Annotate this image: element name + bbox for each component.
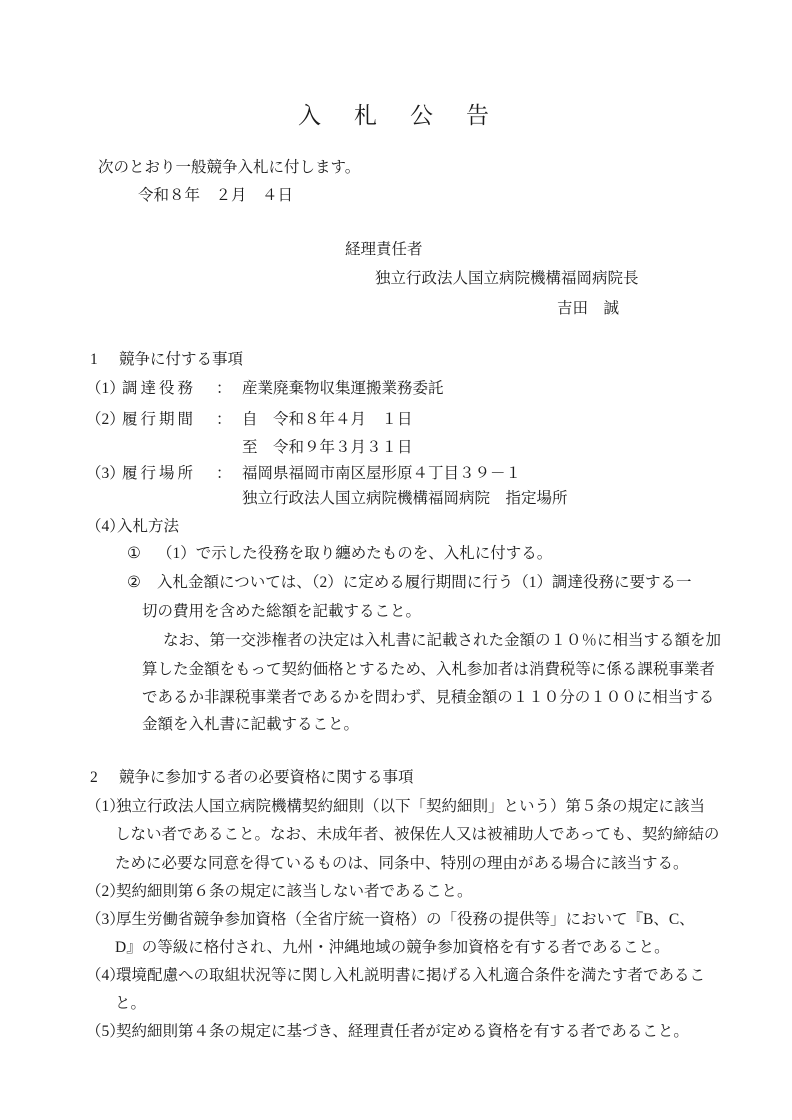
document-page: 入 札 公 告 次のとおり一般競争入札に付します。 令和８年 ２月 ４日 経理責…	[0, 0, 792, 1120]
item-label: 入札方法	[117, 517, 179, 536]
procurement-service-value: 産業廃棄物収集運搬業務委託	[242, 379, 444, 398]
item-number: （1）	[86, 379, 125, 398]
bullet2-line1: 入札金額については、（2）に定める履行期間に行う（1）調達役務に要する一	[157, 573, 691, 592]
item3-line1: 厚生労働省競争参加資格（全省庁統一資格）の「役務の提供等」において『B、C、	[116, 910, 695, 929]
item1-line3: ために必要な同意を得ているものは、同条中、特別の理由がある場合に該当する。	[115, 854, 689, 873]
bullet2-line6: 金額を入札書に記載すること。	[142, 715, 359, 734]
section1-heading-text: 競争に付する事項	[119, 350, 243, 369]
document-title: 入 札 公 告	[0, 102, 792, 131]
item-label: 調達役務	[122, 379, 196, 398]
section2-number: 2	[90, 768, 98, 787]
item-label: 履行期間	[122, 410, 196, 429]
item-number: （3）	[86, 464, 125, 483]
item-number: （2）	[86, 410, 125, 429]
section1-number: 1	[90, 350, 98, 369]
bullet1-text: （1）で示した役務を取り纏めたものを、入札に付する。	[157, 544, 552, 563]
circled-2-marker: ②	[127, 573, 141, 592]
bullet2-line5: であるか非課税事業者であるかを問わず、見積金額の１１０分の１００に相当する	[142, 688, 714, 707]
issue-date: 令和８年 ２月 ４日	[138, 186, 293, 205]
bullet2-line4: 算した金額をもって契約価格とするため、入札参加者は消費税等に係る課税事業者	[142, 660, 715, 679]
item1-line2: しない者であること。なお、未成年者、被保佐人又は被補助人であっても、契約締結の	[115, 825, 719, 844]
intro-line: 次のとおり一般競争入札に付します。	[98, 158, 360, 177]
item-colon: ：	[216, 464, 232, 483]
item3-line2: D』の等級に格付され、九州・沖縄地域の競争参加資格を有する者であること。	[115, 938, 670, 957]
item1-line1: 独立行政法人国立病院機構契約細則（以下「契約細則」という）第５条の規定に該当	[116, 797, 705, 816]
item-colon: ：	[216, 379, 232, 398]
item2-line1: 契約細則第６条の規定に該当しない者であること。	[116, 882, 473, 901]
item-label: 履行場所	[122, 464, 196, 483]
officer-role: 経理責任者	[345, 240, 423, 259]
circled-1-marker: ①	[127, 544, 141, 563]
period-to: 至 令和９年３月３１日	[242, 438, 413, 457]
item5-line1: 契約細則第４条の規定に基づき、経理責任者が定める資格を有する者であること。	[116, 1022, 689, 1041]
place-address-line1: 福岡県福岡市南区屋形原４丁目３９－１	[242, 464, 521, 483]
item4-line2: と。	[115, 994, 146, 1013]
item4-line1: 環境配慮への取組状況等に関し入札説明書に掲げる入札適合条件を満たす者であるこ	[116, 966, 705, 985]
place-address-line2: 独立行政法人国立病院機構福岡病院 指定場所	[242, 489, 568, 508]
section2-heading-text: 競争に参加する者の必要資格に関する事項	[119, 768, 414, 787]
bullet2-line2: 切の費用を含めた総額を記載すること。	[142, 602, 421, 621]
officer-org: 独立行政法人国立病院機構福岡病院長	[375, 269, 639, 288]
period-from: 自 令和８年４月 １日	[242, 410, 413, 429]
officer-name: 吉田 誠	[557, 299, 619, 318]
item-colon: ：	[216, 410, 232, 429]
bullet2-line3: なお、第一交渉権者の決定は入札書に記載された金額の１０％に相当する額を加	[163, 631, 721, 650]
